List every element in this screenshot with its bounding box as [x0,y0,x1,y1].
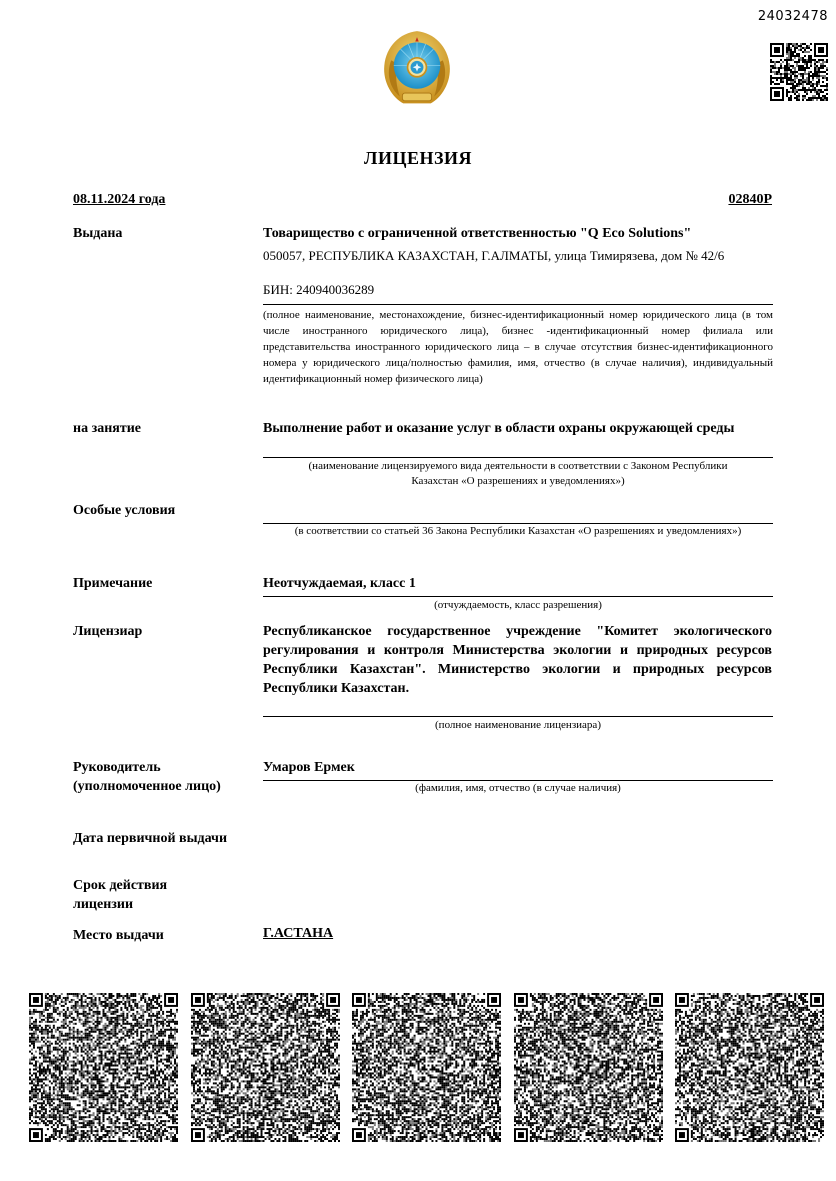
head-hint: (фамилия, имя, отчество (в случае наличи… [263,781,773,796]
license-number: 02840Р [728,192,772,208]
activity-hint: (наименование лицензируемого вида деятел… [263,459,773,489]
license-date: 08.11.2024 года [73,192,165,208]
special-conditions-label: Особые условия [73,501,175,520]
head-value: Умаров Ермек [263,758,772,777]
licensee-name: Товарищество с ограниченной ответственно… [263,224,772,243]
document-number: 24032478 [758,9,828,24]
head-label-line2: (уполномоченное лицо) [73,777,221,796]
place-of-issue-label: Место выдачи [73,926,164,945]
special-conditions-hint: (в соответствии со статьей 36 Закона Рес… [263,524,773,539]
activity-value: Выполнение работ и оказание услуг в обла… [263,419,772,438]
licensee-bin: БИН: 240940036289 [263,281,772,298]
issued-to-label: Выдана [73,224,122,243]
activity-label: на занятие [73,419,141,438]
issued-to-hint: (полное наименование, местонахождение, б… [263,307,773,387]
qr-code-icon [675,993,824,1142]
first-issue-date-label: Дата первичной выдачи [73,829,227,848]
note-value: Неотчуждаемая, класс 1 [263,574,772,593]
issued-to-rule [263,304,773,305]
note-rule [263,596,773,597]
qr-code-icon [29,993,178,1142]
note-label: Примечание [73,574,152,593]
document-title: ЛИЦЕНЗИЯ [0,148,836,169]
note-hint: (отчуждаемость, класс разрешения) [263,598,773,613]
head-label: Руководитель (уполномоченное лицо) [73,758,221,796]
qr-code-icon [352,993,501,1142]
head-label-line1: Руководитель [73,758,221,777]
qr-code-icon [770,43,828,101]
kazakhstan-state-emblem-icon [374,26,460,112]
licensor-rule [263,716,773,717]
validity-label: Срок действия лицензии [73,876,167,914]
place-of-issue-value: Г.АСТАНА [263,926,333,942]
qr-code-icon [191,993,340,1142]
licensor-hint: (полное наименование лицензиара) [263,718,773,733]
licensor-label: Лицензиар [73,622,142,641]
licensor-value: Республиканское государственное учрежден… [263,622,772,698]
qr-code-icon [514,993,663,1142]
licensee-address: 050057, РЕСПУБЛИКА КАЗАХСТАН, Г.АЛМАТЫ, … [263,247,772,264]
activity-rule [263,457,773,458]
validity-label-line2: лицензии [73,895,167,914]
validity-label-line1: Срок действия [73,876,167,895]
